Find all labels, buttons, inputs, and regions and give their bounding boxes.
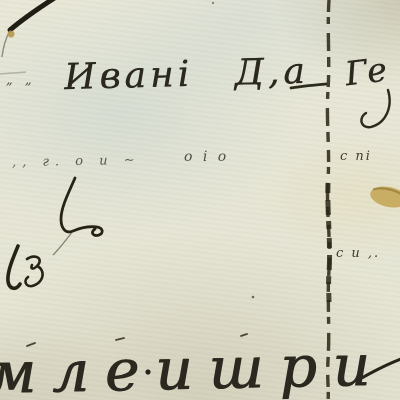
handwriting-right-column-line1: Ге <box>343 53 388 91</box>
handwriting-entry-line: Ивані Д,а <box>64 54 310 96</box>
paper-speck <box>212 2 214 4</box>
flourish-loop-tail <box>53 231 73 255</box>
flourish-loop <box>61 178 102 235</box>
handwriting-middle-fragment-right: о і о <box>184 150 229 164</box>
ink-dot-yellow <box>8 31 15 38</box>
handwriting-bottom-line: млеишри <box>0 336 387 400</box>
left-margin-flourish-1 <box>8 246 20 288</box>
ditto-marks: „ „ <box>6 74 36 87</box>
handwriting-middle-fragment-left: ,, г. о и ~ <box>12 154 141 169</box>
descender-flourish <box>361 90 389 127</box>
paper-speck <box>252 296 255 299</box>
ink-stain <box>368 183 400 210</box>
left-margin-flourish-2 <box>25 257 42 287</box>
handwriting-right-column-line3: с и ,. <box>336 247 380 260</box>
handwriting-right-column-line2: с пі <box>340 150 372 163</box>
document-scan: „ „ Ивані Д,а Ге ,, г. о и ~ о і о с пі … <box>0 0 400 400</box>
top-left-pen-stroke <box>10 0 56 30</box>
